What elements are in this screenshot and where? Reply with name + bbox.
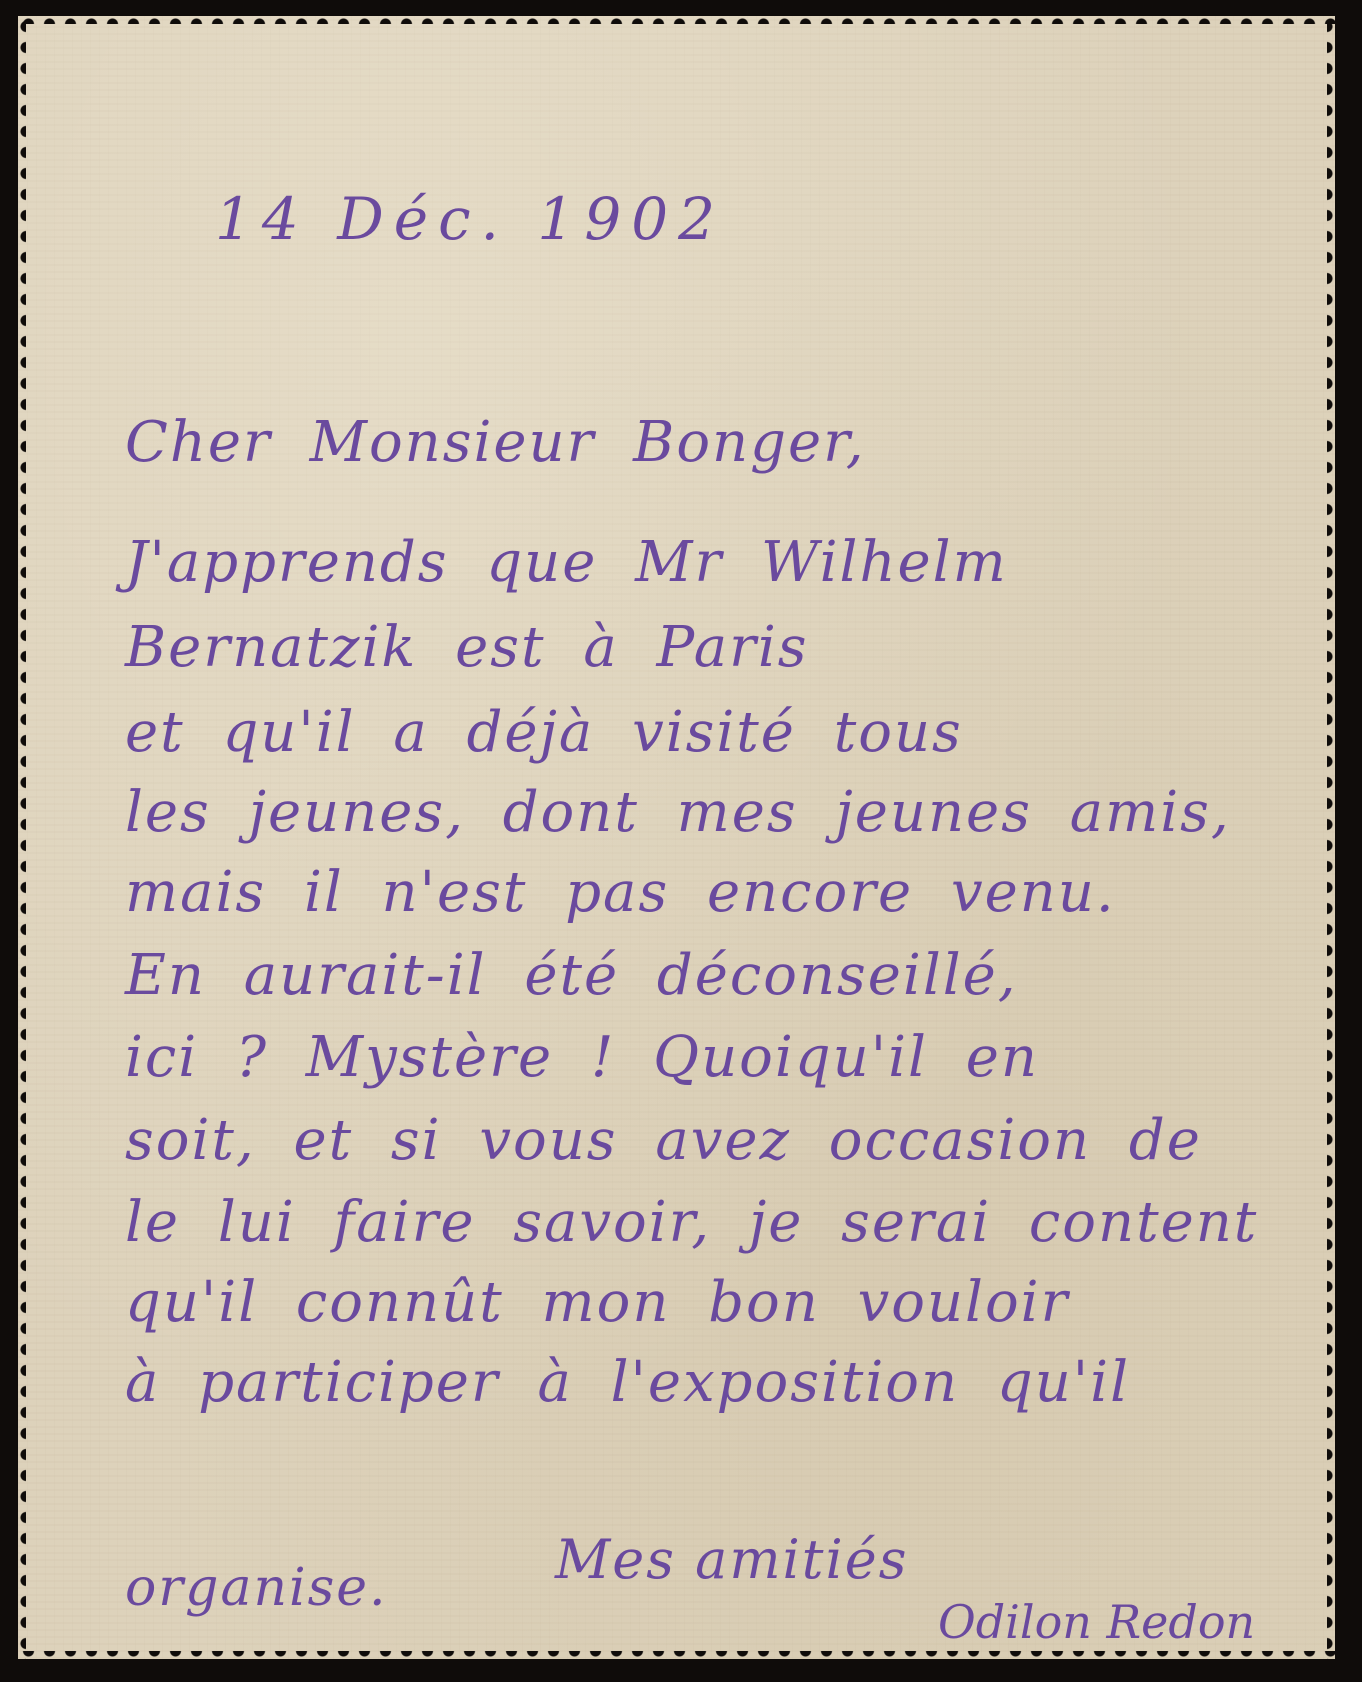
letter-line: Bernatzik est à Paris xyxy=(125,615,809,680)
letter-line: ici ? Mystère ! Quoiqu'il en xyxy=(125,1025,1039,1090)
letter-line: à participer à l'exposition qu'il xyxy=(125,1350,1130,1415)
letter-closing: Mes amitiés xyxy=(555,1528,908,1591)
letter-line: et qu'il a déjà visité tous xyxy=(125,700,963,765)
letter-line: le lui faire savoir, je serai content xyxy=(125,1190,1258,1255)
letter-last-line: organise. xyxy=(125,1558,388,1618)
letter-signature: Odilon Redon xyxy=(938,1595,1255,1649)
letter-line: mais il n'est pas encore venu. xyxy=(125,860,1116,925)
letter-line: J'apprends que Mr Wilhelm xyxy=(125,530,1008,595)
letter-line: En aurait-il été déconseillé, xyxy=(125,943,1018,1008)
letter-line: qu'il connût mon bon vouloir xyxy=(125,1270,1069,1335)
letter-date: 14 Déc. 1902 xyxy=(215,185,725,253)
letter-line: soit, et si vous avez occasion de xyxy=(125,1108,1202,1173)
letter-frame: 14 Déc. 1902 Cher Monsieur Bonger, J'app… xyxy=(0,0,1362,1682)
letter-line: les jeunes, dont mes jeunes amis, xyxy=(125,780,1231,845)
letter-salutation: Cher Monsieur Bonger, xyxy=(125,410,866,475)
